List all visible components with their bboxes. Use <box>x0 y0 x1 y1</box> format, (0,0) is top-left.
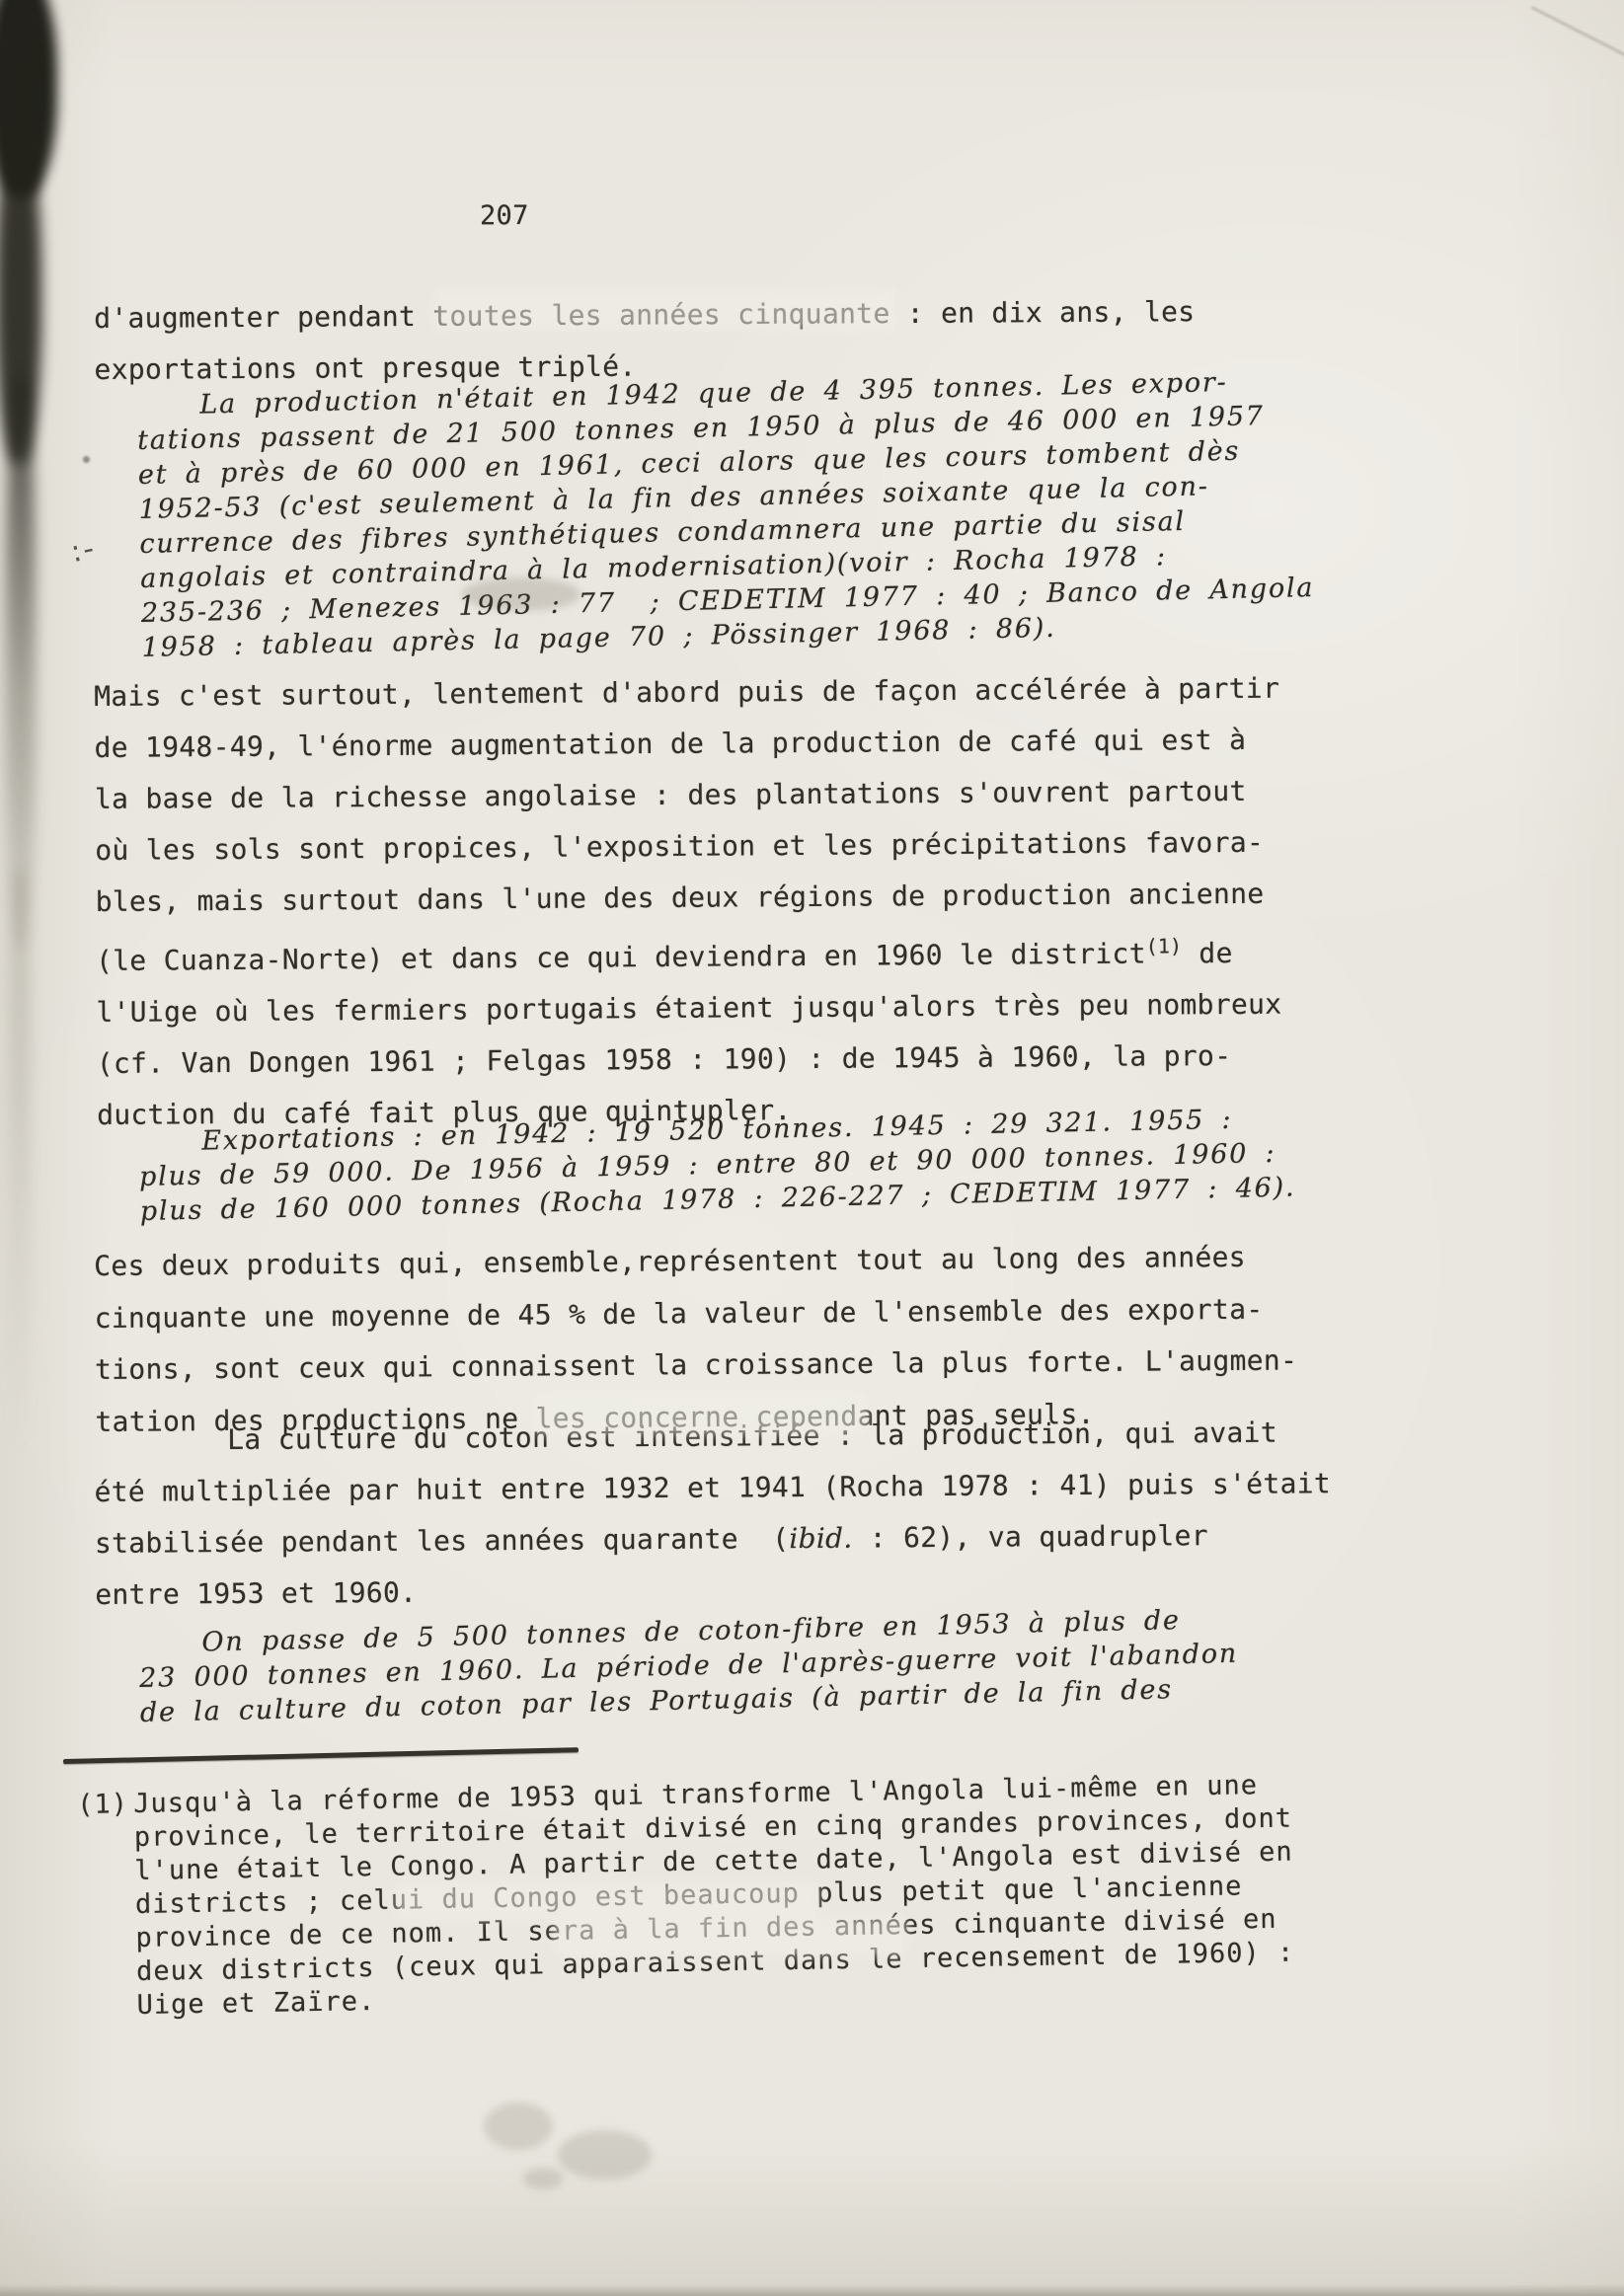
text-segment: : 62), va quadrupler <box>852 1519 1208 1555</box>
footnote-marker: (1) <box>77 1788 128 1822</box>
paragraph-2-lines-a: Mais c'est surtout, lentement d'abord pu… <box>94 663 1281 928</box>
text-line: de 1948-49, l'énorme augmentation de la … <box>94 715 1279 774</box>
scanned-page: { "page": { "number": "207", "paper_colo… <box>0 0 1624 2296</box>
fade-patch <box>533 1390 869 1435</box>
paragraph-4-ibid-line: stabilisée pendant les années quarante (… <box>95 1509 1332 1569</box>
text-segment: stabilisée pendant les années quarante ( <box>95 1522 790 1560</box>
paragraph-2: Mais c'est surtout, lentement d'abord pu… <box>94 663 1282 1141</box>
smudge <box>484 2103 553 2150</box>
quote-block-1: La production n'était en 1942 que de 4 3… <box>136 363 1315 665</box>
footnote-reference: (1) <box>1146 934 1183 957</box>
quote-block-3: On passe de 5 500 tonnes de coton-fibre … <box>138 1602 1239 1730</box>
fade-patch <box>553 1917 908 1956</box>
scan-bottom-shadow <box>0 2284 1624 2296</box>
scan-scratch <box>1531 6 1624 67</box>
smudge <box>523 2168 563 2189</box>
text-line: (cf. Van Dongen 1961 ; Felgas 1958 : 190… <box>97 1031 1282 1090</box>
fade-patch <box>433 289 897 331</box>
fade-patch <box>395 1881 819 1921</box>
text-line: cinquante une moyenne de 45 % de la vale… <box>94 1283 1297 1344</box>
text-line: Mais c'est surtout, lentement d'abord pu… <box>94 663 1279 723</box>
text-line: la base de la richesse angolaise : des p… <box>95 766 1280 825</box>
footnote-rule <box>63 1747 579 1764</box>
text-segment: (le Cuanza-Norte) et dans ce qui deviend… <box>96 938 1146 977</box>
text-line: tions, sont ceux qui connaissent la croi… <box>95 1335 1298 1396</box>
smudge <box>558 2130 652 2180</box>
page-number: 207 <box>480 191 529 242</box>
margin-pen-mark: :- <box>68 531 100 570</box>
text-line: été multipliée par huit entre 1932 et 19… <box>94 1458 1331 1518</box>
margin-pen-dot <box>83 456 90 463</box>
scan-edge-streak <box>6 375 36 948</box>
ibid-italic: ibid. <box>789 1522 852 1555</box>
scan-edge-streak <box>10 869 30 1461</box>
paragraph-2-footnote-line: (le Cuanza-Norte) et dans ce qui deviend… <box>96 920 1281 987</box>
text-line: bles, mais surtout dans l'une des deux r… <box>95 869 1280 928</box>
paragraph-4: La culture du coton est intensifiée : la… <box>94 1407 1332 1621</box>
text-segment: de <box>1182 937 1233 969</box>
text-line: l'Uige où les fermiers portugais étaient… <box>96 979 1281 1038</box>
text-line: où les sols sont propices, l'exposition … <box>95 817 1280 877</box>
text-line: Ces deux produits qui, ensemble,représen… <box>94 1231 1297 1292</box>
ink-stain <box>462 577 580 611</box>
